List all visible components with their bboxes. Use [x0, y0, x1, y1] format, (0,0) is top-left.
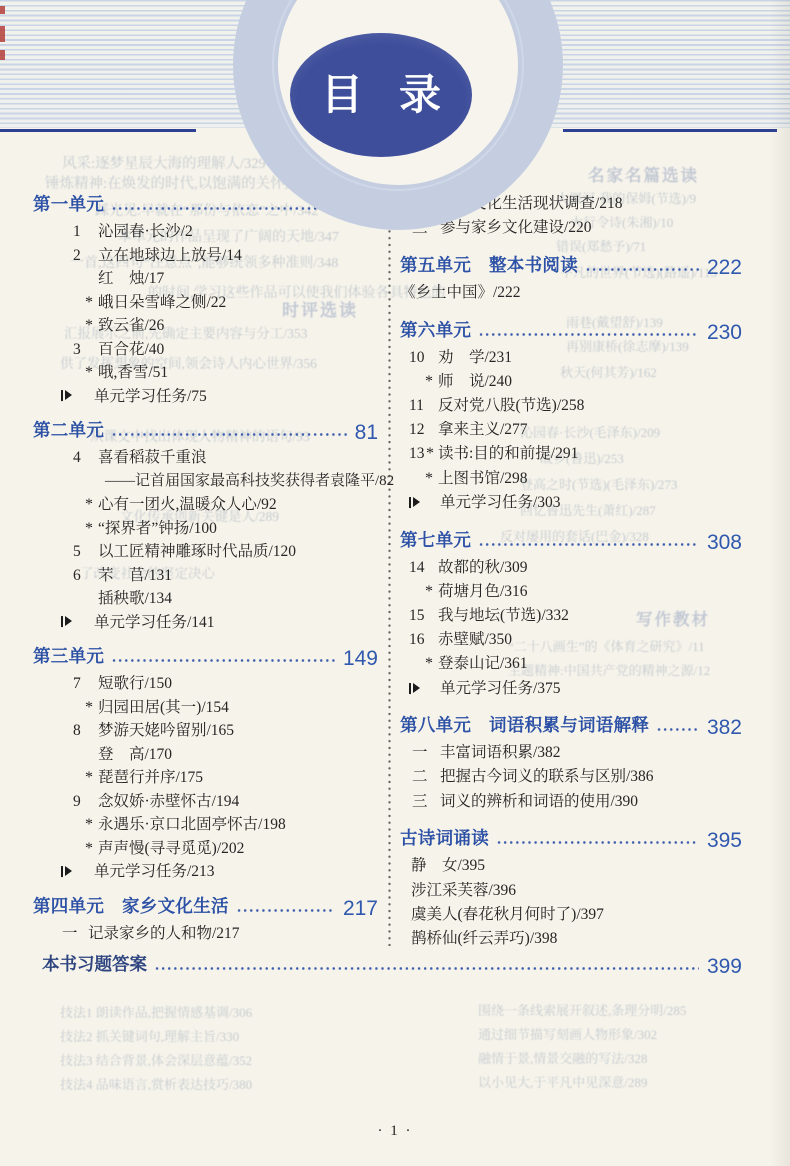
item-title: 峨日朵雪峰之侧/22 — [98, 294, 226, 311]
toc-section: 第六单元23010劝 学/231*师 说/24011反对党八股(节选)/2581… — [400, 318, 742, 515]
toc-item: 11反对党八股(节选)/258 — [400, 394, 742, 418]
bleedthrough-line: 融情于景,情景交融的写法/328 — [478, 1048, 647, 1067]
toc-title-char: 目 — [321, 74, 363, 116]
item-number: 7 — [73, 672, 81, 696]
item-title: 师 说/240 — [438, 373, 512, 390]
toc-item: *荷塘月色/316 — [400, 580, 742, 604]
unit-heading: 第六单元 — [400, 318, 471, 343]
scan-artifact — [0, 50, 5, 60]
item-title: 我与地坛(节选)/332 — [438, 607, 569, 624]
toc-item: 12拿来主义/277 — [400, 418, 742, 442]
dotted-leader — [111, 430, 346, 439]
toc-item: 一丰富词语积累/382 — [400, 741, 742, 765]
task-arrow-icon — [61, 390, 73, 401]
item-title: 永遇乐·京口北固亭怀古/198 — [98, 816, 286, 833]
unit-page-number: 382 — [707, 718, 742, 738]
toc-item: 单元学习任务/75 — [33, 385, 378, 409]
dotted-leader — [478, 330, 699, 339]
toc-item: 9念奴娇·赤壁怀古/194 — [33, 790, 378, 814]
toc-title-char: 录 — [399, 74, 441, 116]
toc-section: 第二单元814喜看稻菽千重浪——记首届国家最高科技奖获得者袁隆平/82*心有一团… — [33, 418, 378, 634]
item-title: 百合花/40 — [98, 341, 164, 358]
answers-page-number: 399 — [707, 957, 742, 977]
item-number: 16 — [409, 628, 425, 652]
bleedthrough-line: 技法4 品味语言,赏析表达技巧/380 — [60, 1074, 252, 1093]
toc-item: 10劝 学/231 — [400, 346, 742, 370]
toc-column-left: 第一单元11沁园春·长沙/22立在地球边上放号/14红 烛/17*峨日朵雪峰之侧… — [33, 192, 378, 951]
bleedthrough-line: 技法2 抓关键词句,理解主旨/330 — [60, 1026, 239, 1045]
answers-row: 本书习题答案 399 — [0, 952, 790, 977]
item-title: 丰富词语积累/382 — [440, 744, 561, 761]
unit-heading-row: 第三单元149 — [33, 644, 378, 669]
item-title: 心有一团火,温暖众人心/92 — [98, 496, 277, 513]
toc-item: *峨日朵雪峰之侧/22 — [33, 291, 378, 315]
item-title: 虞美人(春花秋月何时了)/397 — [411, 906, 604, 923]
toc-item: 涉江采芙蓉/396 — [400, 879, 742, 903]
item-title: “探界者”钟扬/100 — [98, 520, 217, 537]
toc-item: *归园田居(其一)/154 — [33, 696, 378, 720]
unit-page-number: 217 — [343, 899, 378, 919]
star-marker: * — [85, 813, 93, 837]
item-title: 红 烛/17 — [98, 270, 164, 287]
toc-item: 单元学习任务/375 — [400, 677, 742, 701]
toc-item: 3百合花/40 — [33, 338, 378, 362]
toc-item: *师 说/240 — [400, 370, 742, 394]
dotted-leader — [656, 725, 699, 734]
toc-item: 三词义的辨析和词语的使用/390 — [400, 790, 742, 814]
toc-item: 16赤壁赋/350 — [400, 628, 742, 652]
item-title: 归园田居(其一)/154 — [98, 699, 229, 716]
toc-item: 二把握古今词义的联系与区别/386 — [400, 765, 742, 789]
toc-item: 虞美人(春花秋月何时了)/397 — [400, 903, 742, 927]
dotted-leader — [496, 838, 699, 847]
item-title: 声声慢(寻寻觅觅)/202 — [98, 840, 244, 857]
toc-section: 第三单元1497短歌行/150*归园田居(其一)/1548梦游天姥吟留别/165… — [33, 644, 378, 884]
toc-item: *上图书馆/298 — [400, 467, 742, 491]
page-number-footer: · 1 · — [0, 1123, 790, 1140]
unit-heading-row: 第二单元81 — [33, 418, 378, 443]
item-title: 单元学习任务/75 — [94, 388, 207, 405]
item-title: 念奴娇·赤壁怀古/194 — [98, 793, 239, 810]
toc-item: *琵琶行并序/175 — [33, 766, 378, 790]
toc-item: *永遇乐·京口北固亭怀古/198 — [33, 813, 378, 837]
item-title: 琵琶行并序/175 — [98, 769, 203, 786]
star-marker: * — [425, 580, 433, 604]
item-title: 参与家乡文化建设/220 — [440, 219, 592, 236]
unit-heading: 第二单元 — [33, 418, 104, 443]
star-marker: * — [426, 442, 434, 466]
toc-item: 登 高/170 — [33, 743, 378, 767]
bleedthrough-line: 技法1 朗读作品,把握情感基调/306 — [60, 1002, 252, 1021]
toc-item: ——记首届国家最高科技奖获得者袁隆平/82 — [33, 470, 378, 494]
dotted-leader — [111, 656, 335, 665]
dotted-leader — [478, 540, 699, 549]
toc-item: 4喜看稻菽千重浪 — [33, 446, 378, 470]
star-marker: * — [85, 696, 93, 720]
toc-item: 8梦游天姥吟留别/165 — [33, 719, 378, 743]
item-title: 记录家乡的人和物/217 — [88, 925, 240, 942]
star-marker: * — [425, 652, 433, 676]
item-title: 喜看稻菽千重浪 — [98, 449, 207, 466]
toc-title-badge: 目 录 — [290, 33, 472, 157]
item-number: 二 — [412, 765, 428, 789]
item-title: 读书:目的和前提/291 — [438, 445, 578, 462]
item-title: 登 高/170 — [98, 746, 172, 763]
task-arrow-icon — [61, 616, 73, 627]
toc-item: 红 烛/17 — [33, 267, 378, 291]
toc-item: *致云雀/26 — [33, 314, 378, 338]
item-number: 一 — [62, 922, 78, 946]
unit-heading: 古诗词诵读 — [400, 826, 489, 851]
item-title: 把握古今词义的联系与区别/386 — [440, 768, 654, 785]
bleedthrough-line: 以小见大,于平凡中见深意/289 — [478, 1072, 647, 1091]
unit-heading-row: 第四单元 家乡文化生活217 — [33, 894, 378, 919]
item-title: 涉江采芙蓉/396 — [411, 882, 516, 899]
bleedthrough-line: 名家名篇选读 — [588, 162, 699, 186]
toc-section: 第五单元 整本书阅读222《乡土中国》/222 — [400, 253, 742, 305]
accent-line-right — [563, 129, 777, 132]
item-title: ——记首届国家最高科技奖获得者袁隆平/82 — [105, 473, 394, 489]
star-marker: * — [85, 314, 93, 338]
item-number: 8 — [73, 719, 81, 743]
toc-item: 一记录家乡的人和物/217 — [33, 922, 378, 946]
unit-heading: 第三单元 — [33, 644, 104, 669]
toc-item: *声声慢(寻寻觅觅)/202 — [33, 837, 378, 861]
scan-artifact — [0, 26, 5, 42]
item-title: 单元学习任务/141 — [94, 614, 215, 631]
item-number: 15 — [409, 604, 425, 628]
item-title: 静 女/395 — [411, 857, 485, 874]
dotted-leader — [585, 265, 699, 274]
unit-heading: 第一单元 — [33, 192, 104, 217]
item-number: 一 — [412, 741, 428, 765]
item-title: 单元学习任务/303 — [440, 494, 561, 511]
toc-item: 2立在地球边上放号/14 — [33, 244, 378, 268]
item-title: 单元学习任务/213 — [94, 863, 215, 880]
toc-item: 单元学习任务/303 — [400, 491, 742, 515]
item-title: 哦,香雪/51 — [98, 364, 168, 381]
item-title: 拿来主义/277 — [438, 421, 528, 438]
item-title: 沁园春·长沙/2 — [98, 223, 193, 240]
bleedthrough-line: 技法3 结合背景,体会深层意蕴/352 — [60, 1050, 252, 1069]
column-divider — [388, 194, 391, 946]
toc-item: *“探界者”钟扬/100 — [33, 517, 378, 541]
toc-item: 鹊桥仙(纤云弄巧)/398 — [400, 927, 742, 951]
item-title: 短歌行/150 — [98, 675, 172, 692]
toc-item: *登泰山记/361 — [400, 652, 742, 676]
item-title: 故都的秋/309 — [438, 559, 528, 576]
toc-item: 14故都的秋/309 — [400, 556, 742, 580]
bleedthrough-line: 风采:逐梦星辰大海的理解人/329 — [62, 152, 266, 173]
unit-page-number: 308 — [707, 533, 742, 553]
unit-page-number: 149 — [343, 649, 378, 669]
item-number: 3 — [73, 338, 81, 362]
item-title: 荷塘月色/316 — [438, 583, 528, 600]
item-number: 9 — [73, 790, 81, 814]
toc-content: 第一单元11沁园春·长沙/22立在地球边上放号/14红 烛/17*峨日朵雪峰之侧… — [0, 192, 790, 951]
toc-item: 15我与地坛(节选)/332 — [400, 604, 742, 628]
bleedthrough-line: 通过细节描写刻画人物形象/302 — [478, 1024, 657, 1043]
unit-heading: 第四单元 家乡文化生活 — [33, 894, 229, 919]
task-arrow-icon — [409, 497, 421, 508]
task-arrow-icon — [409, 683, 421, 694]
toc-item: 单元学习任务/213 — [33, 860, 378, 884]
item-title: 单元学习任务/375 — [440, 680, 561, 697]
item-number: 12 — [409, 418, 425, 442]
unit-heading: 第八单元 词语积累与词语解释 — [400, 713, 649, 738]
star-marker: * — [85, 493, 93, 517]
toc-section: 第七单元30814故都的秋/309*荷塘月色/31615我与地坛(节选)/332… — [400, 528, 742, 701]
item-title: 词义的辨析和词语的使用/390 — [440, 793, 638, 810]
unit-heading: 第七单元 — [400, 528, 471, 553]
answers-label: 本书习题答案 — [42, 952, 147, 977]
unit-page-number: 81 — [355, 423, 378, 443]
toc-item: 7短歌行/150 — [33, 672, 378, 696]
item-number: 11 — [409, 394, 424, 418]
scan-artifact — [0, 6, 5, 14]
item-title: 劝 学/231 — [438, 349, 512, 366]
star-marker: * — [85, 291, 93, 315]
item-title: 芣 苢/131 — [98, 567, 172, 584]
item-title: 赤壁赋/350 — [438, 631, 512, 648]
star-marker: * — [85, 837, 93, 861]
unit-heading-row: 古诗词诵读395 — [400, 826, 742, 851]
unit-page-number: 395 — [707, 831, 742, 851]
item-title: 上图书馆/298 — [438, 470, 528, 487]
item-title: 立在地球边上放号/14 — [98, 247, 242, 264]
toc-column-right: 二家乡文化生活现状调查/218三参与家乡文化建设/220第五单元 整本书阅读22… — [400, 192, 742, 951]
toc-item: 13*读书:目的和前提/291 — [400, 442, 742, 466]
item-title: 登泰山记/361 — [438, 655, 528, 672]
toc-item: 单元学习任务/141 — [33, 611, 378, 635]
item-title: 鹊桥仙(纤云弄巧)/398 — [411, 930, 557, 947]
unit-heading-row: 第七单元308 — [400, 528, 742, 553]
dotted-leader — [236, 906, 335, 915]
toc-item: 《乡土中国》/222 — [400, 281, 742, 305]
star-marker: * — [85, 517, 93, 541]
toc-item: 插秧歌/134 — [33, 587, 378, 611]
task-arrow-icon — [61, 866, 73, 877]
toc-item: *哦,香雪/51 — [33, 361, 378, 385]
item-number: 6 — [73, 564, 81, 588]
toc-item: 5以工匠精神雕琢时代品质/120 — [33, 540, 378, 564]
item-number: 三 — [412, 790, 428, 814]
item-title: 致云雀/26 — [98, 317, 164, 334]
unit-heading: 第五单元 整本书阅读 — [400, 253, 578, 278]
item-number: 4 — [73, 446, 81, 470]
unit-page-number: 230 — [707, 323, 742, 343]
item-number: 2 — [73, 244, 81, 268]
toc-section: 第一单元11沁园春·长沙/22立在地球边上放号/14红 烛/17*峨日朵雪峰之侧… — [33, 192, 378, 408]
item-title: 梦游天姥吟留别/165 — [98, 722, 234, 739]
item-number: 14 — [409, 556, 425, 580]
toc-item: *心有一团火,温暖众人心/92 — [33, 493, 378, 517]
item-number: 13 — [409, 442, 425, 466]
item-number: 5 — [73, 540, 81, 564]
unit-heading-row: 第六单元230 — [400, 318, 742, 343]
toc-item: 静 女/395 — [400, 854, 742, 878]
star-marker: * — [85, 361, 93, 385]
unit-heading-row: 第八单元 词语积累与词语解释382 — [400, 713, 742, 738]
scanned-toc-page: 风采:逐梦星辰大海的理解人/329锤炼精神:在焕发的时代,以饱满的关怀照亮世界/… — [0, 0, 790, 1166]
dotted-leader — [154, 964, 699, 973]
item-title: 《乡土中国》/222 — [400, 284, 521, 301]
item-number: 1 — [73, 220, 81, 244]
item-title: 以工匠精神雕琢时代品质/120 — [98, 543, 296, 560]
unit-heading-row: 第五单元 整本书阅读222 — [400, 253, 742, 278]
star-marker: * — [425, 467, 433, 491]
star-marker: * — [425, 370, 433, 394]
accent-line-left — [0, 129, 196, 132]
item-number: 10 — [409, 346, 425, 370]
toc-section: 第八单元 词语积累与词语解释382一丰富词语积累/382二把握古今词义的联系与区… — [400, 713, 742, 814]
item-title: 反对党八股(节选)/258 — [438, 397, 584, 414]
unit-page-number: 222 — [707, 258, 742, 278]
star-marker: * — [85, 766, 93, 790]
toc-item: 6芣 苢/131 — [33, 564, 378, 588]
toc-section: 古诗词诵读395静 女/395涉江采芙蓉/396虞美人(春花秋月何时了)/397… — [400, 826, 742, 951]
item-title: 插秧歌/134 — [98, 590, 172, 607]
toc-section: 第四单元 家乡文化生活217一记录家乡的人和物/217 — [33, 894, 378, 946]
bleedthrough-line: 围绕一条线索展开叙述,条理分明/285 — [478, 1000, 686, 1019]
toc-item: 1沁园春·长沙/2 — [33, 220, 378, 244]
